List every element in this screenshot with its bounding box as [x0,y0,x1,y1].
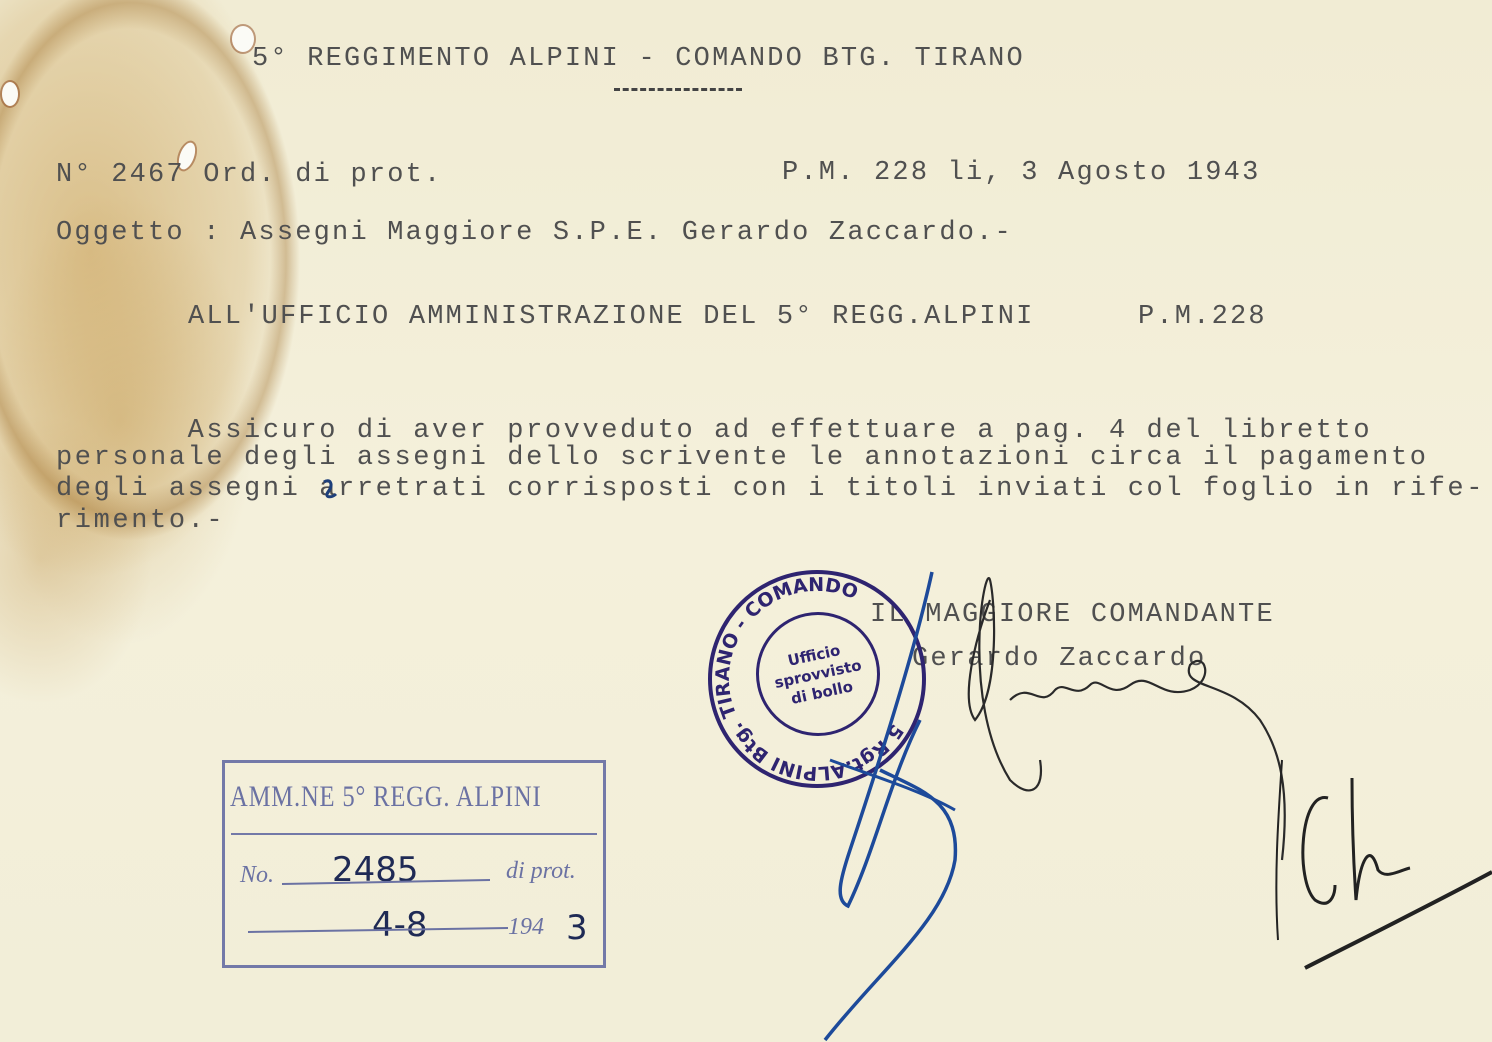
initials-stroke-icon [1276,760,1282,940]
initials-icon [1303,778,1410,903]
handwriting-overlay [0,0,1492,1042]
blue-pencil-mark-icon [825,572,955,1040]
signature-icon [969,578,1285,860]
